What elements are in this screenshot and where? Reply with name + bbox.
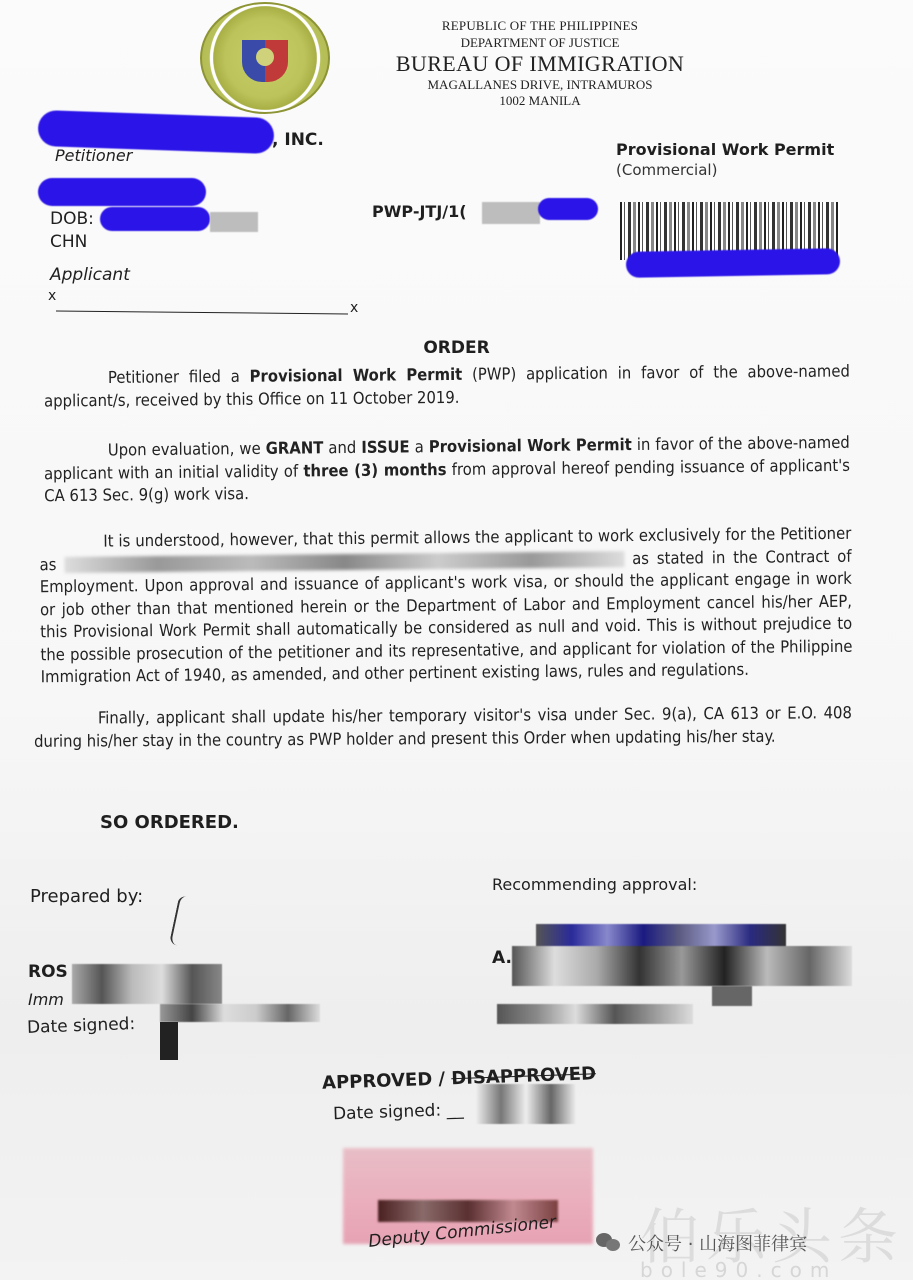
pixelated-recommender-title bbox=[712, 986, 752, 1006]
letterhead-city: 1002 MANILA bbox=[340, 93, 740, 109]
preparer-title: Imm bbox=[28, 990, 64, 1009]
pixelated-job-title bbox=[64, 551, 624, 573]
pixelated-mark bbox=[160, 1022, 178, 1060]
pixelated-preparer bbox=[72, 964, 222, 1004]
p2-text-and: and bbox=[323, 438, 361, 457]
letterhead-republic: REPUBLIC OF THE PHILIPPINES bbox=[340, 18, 740, 34]
pixelated-permit-number bbox=[482, 202, 540, 224]
redaction-dob bbox=[100, 207, 210, 231]
p2-text: Upon evaluation, we bbox=[108, 439, 266, 460]
letterhead: REPUBLIC OF THE PHILIPPINES DEPARTMENT O… bbox=[340, 18, 740, 109]
pixelated-date-preparer bbox=[160, 1004, 320, 1022]
letterhead-department: DEPARTMENT OF JUSTICE bbox=[340, 35, 740, 51]
wechat-icon bbox=[596, 1233, 622, 1253]
order-heading: ORDER bbox=[0, 338, 913, 358]
date-signed-label-approver: Date signed: __ bbox=[333, 1100, 464, 1125]
so-ordered: SO ORDERED. bbox=[100, 812, 239, 833]
order-paragraph-2: Upon evaluation, we GRANT and ISSUE a Pr… bbox=[44, 432, 851, 508]
pixelated-recommender-date bbox=[497, 1004, 693, 1024]
p2-bold-permit: Provisional Work Permit bbox=[429, 435, 632, 456]
permit-number: PWP-JTJ/1( bbox=[372, 202, 467, 221]
pixelated-approver-date bbox=[476, 1084, 576, 1124]
p1-bold-permit: Provisional Work Permit bbox=[250, 365, 463, 386]
preparer-name: ROS bbox=[28, 962, 68, 982]
pixelated-recommender-name bbox=[512, 946, 852, 986]
nationality: CHN bbox=[50, 232, 87, 252]
handwritten-initial bbox=[169, 895, 195, 947]
petitioner-name-suffix: , INC. bbox=[272, 130, 324, 150]
signature-marker-right: x bbox=[350, 300, 358, 316]
applicant-label: Applicant bbox=[50, 265, 130, 285]
wechat-watermark: 公众号 · 山海图菲律宾 bbox=[596, 1230, 807, 1256]
order-paragraph-1: Petitioner filed a Provisional Work Perm… bbox=[44, 360, 850, 412]
p2-text-a: a bbox=[410, 437, 429, 456]
recommending-approval-label: Recommending approval: bbox=[492, 875, 697, 894]
redaction-barcode-number bbox=[626, 248, 840, 278]
letterhead-address: MAGALLANES DRIVE, INTRAMUROS bbox=[340, 77, 740, 93]
letterhead-bureau: BUREAU OF IMMIGRATION bbox=[340, 51, 740, 77]
dob-label: DOB: bbox=[50, 209, 94, 229]
p4-text: Finally, applicant shall update his/her … bbox=[34, 703, 852, 750]
petitioner-label: Petitioner bbox=[55, 146, 132, 165]
permit-title: Provisional Work Permit bbox=[616, 140, 834, 159]
prepared-by-label: Prepared by: bbox=[30, 886, 143, 907]
redaction-permit-number bbox=[538, 198, 598, 220]
order-paragraph-3: It is understood, however, that this per… bbox=[39, 523, 853, 689]
redaction-applicant-name bbox=[38, 178, 206, 206]
watermark-text: 公众号 · 山海图菲律宾 bbox=[628, 1230, 807, 1256]
p2-bold-duration: three (3) months bbox=[303, 460, 446, 480]
bureau-seal-logo bbox=[200, 2, 330, 114]
recommender-name: A. bbox=[492, 948, 512, 968]
permit-subtitle: (Commercial) bbox=[616, 161, 717, 179]
signature-marker-left: x bbox=[48, 288, 56, 304]
p2-bold-issue: ISSUE bbox=[361, 437, 410, 457]
p1-text: Petitioner filed a bbox=[108, 367, 250, 387]
pixelated-dob bbox=[210, 212, 258, 232]
date-signed-label-preparer: Date signed: bbox=[27, 1014, 136, 1038]
applicant-signature-line bbox=[56, 310, 348, 314]
p2-bold-grant: GRANT bbox=[266, 438, 324, 458]
approved-label: APPROVED / bbox=[322, 1068, 452, 1093]
watermark-url: bole90.com bbox=[640, 1258, 837, 1280]
flag-shield-icon bbox=[242, 40, 288, 82]
order-paragraph-4: Finally, applicant shall update his/her … bbox=[34, 702, 852, 753]
